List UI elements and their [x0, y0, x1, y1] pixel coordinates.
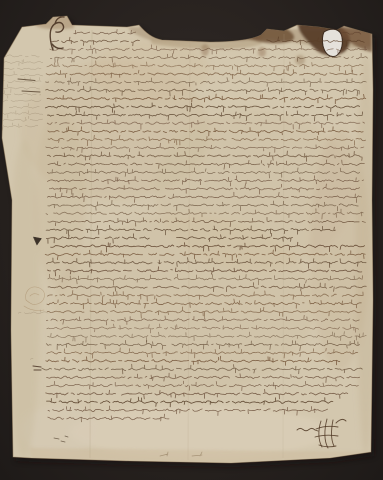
mottle: [8, 140, 40, 460]
white-repair-patch: [322, 29, 342, 56]
stain: [295, 55, 305, 65]
manuscript-scan: [0, 0, 383, 480]
archival-photo-viewport: [0, 0, 383, 480]
